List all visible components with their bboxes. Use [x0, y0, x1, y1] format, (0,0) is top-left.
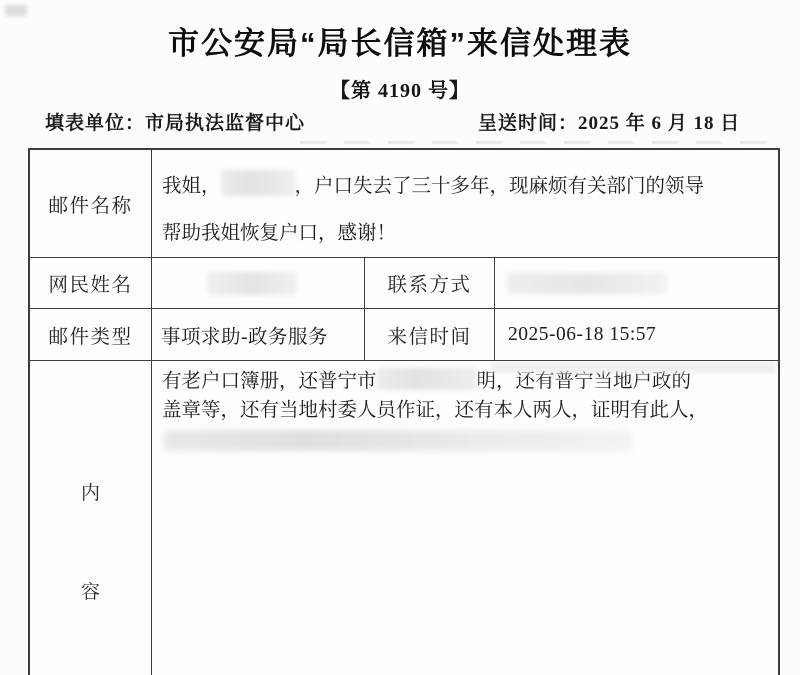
redacted-certificate-blur — [377, 368, 477, 390]
scan-artifact — [300, 141, 770, 144]
content-label-bottom: 容 — [81, 577, 100, 604]
content-line1-before: 有老户口簿册，还普宁市 — [162, 371, 377, 392]
mail-title-text-line2: 帮助我姐恢复户口，感谢！ — [162, 210, 766, 257]
content-body-cell: 有老户口簿册，还普宁市明，还有普宁当地户政的 盖章等，还有当地村委人员作证，还有… — [152, 361, 778, 675]
letter-time-label: 来信时间 — [387, 321, 471, 349]
scan-artifact — [5, 5, 27, 16]
letter-time-value: 2025-06-18 15:57 — [508, 324, 656, 346]
submit-time-label: 呈送时间： — [478, 113, 578, 134]
form-title: 市公安局“局长信箱”来信处理表 — [0, 18, 800, 63]
mail-title-content-cell: 我姐，，户口失去了三十多年，现麻烦有关部门的领导 帮助我姐恢复户口，感谢！ — [152, 150, 778, 258]
content-label-cell: 内 容 — [30, 361, 152, 675]
netizen-name-label-cell: 网民姓名 — [30, 258, 152, 309]
netizen-name-label: 网民姓名 — [48, 269, 132, 297]
redacted-phone-number-blur — [507, 273, 667, 294]
mail-type-value-cell: 事项求助-政务服务 — [152, 309, 365, 361]
form-serial-number: 【第 4190 号】 — [0, 74, 800, 103]
mail-title-label-cell: 邮件名称 — [30, 150, 152, 258]
redacted-content-line3-blur — [164, 430, 632, 451]
mail-type-label: 邮件类型 — [48, 321, 132, 349]
scan-smudge — [491, 362, 776, 373]
content-line2: 盖章等，还有当地村委人员作证，还有本人两人，证明有此人， — [162, 397, 766, 426]
contact-label-cell: 联系方式 — [365, 258, 495, 309]
content-label-top: 内 — [81, 478, 100, 505]
letter-time-value-cell: 2025-06-18 15:57 — [495, 309, 778, 361]
fill-unit: 填表单位：市局执法监督中心 — [45, 108, 305, 135]
submit-time: 呈送时间：2025 年 6 月 18 日 — [478, 108, 740, 135]
contact-value-cell — [495, 258, 778, 309]
submit-time-value: 2025 年 6 月 18 日 — [578, 113, 740, 134]
content-line1-after: 明，还有普宁当地户政的 — [477, 371, 692, 392]
redacted-sister-name-blur — [221, 170, 295, 196]
letter-time-label-cell: 来信时间 — [365, 309, 495, 361]
fill-unit-value: 市局执法监督中心 — [145, 113, 305, 134]
mail-type-label-cell: 邮件类型 — [30, 309, 152, 361]
mail-type-value: 事项求助-政务服务 — [161, 321, 328, 349]
mail-title-text-before: 我姐， — [162, 176, 221, 197]
contact-label: 联系方式 — [387, 269, 471, 297]
mail-title-text-after: ，户口失去了三十多年，现麻烦有关部门的领导 — [295, 176, 705, 197]
netizen-name-value-cell — [152, 258, 365, 309]
mail-title-label: 邮件名称 — [48, 190, 132, 218]
redacted-netizen-name-blur — [207, 272, 297, 295]
processing-form-table: 邮件名称 我姐，，户口失去了三十多年，现麻烦有关部门的领导 帮助我姐恢复户口，感… — [28, 148, 780, 675]
fill-unit-label: 填表单位： — [45, 113, 145, 134]
